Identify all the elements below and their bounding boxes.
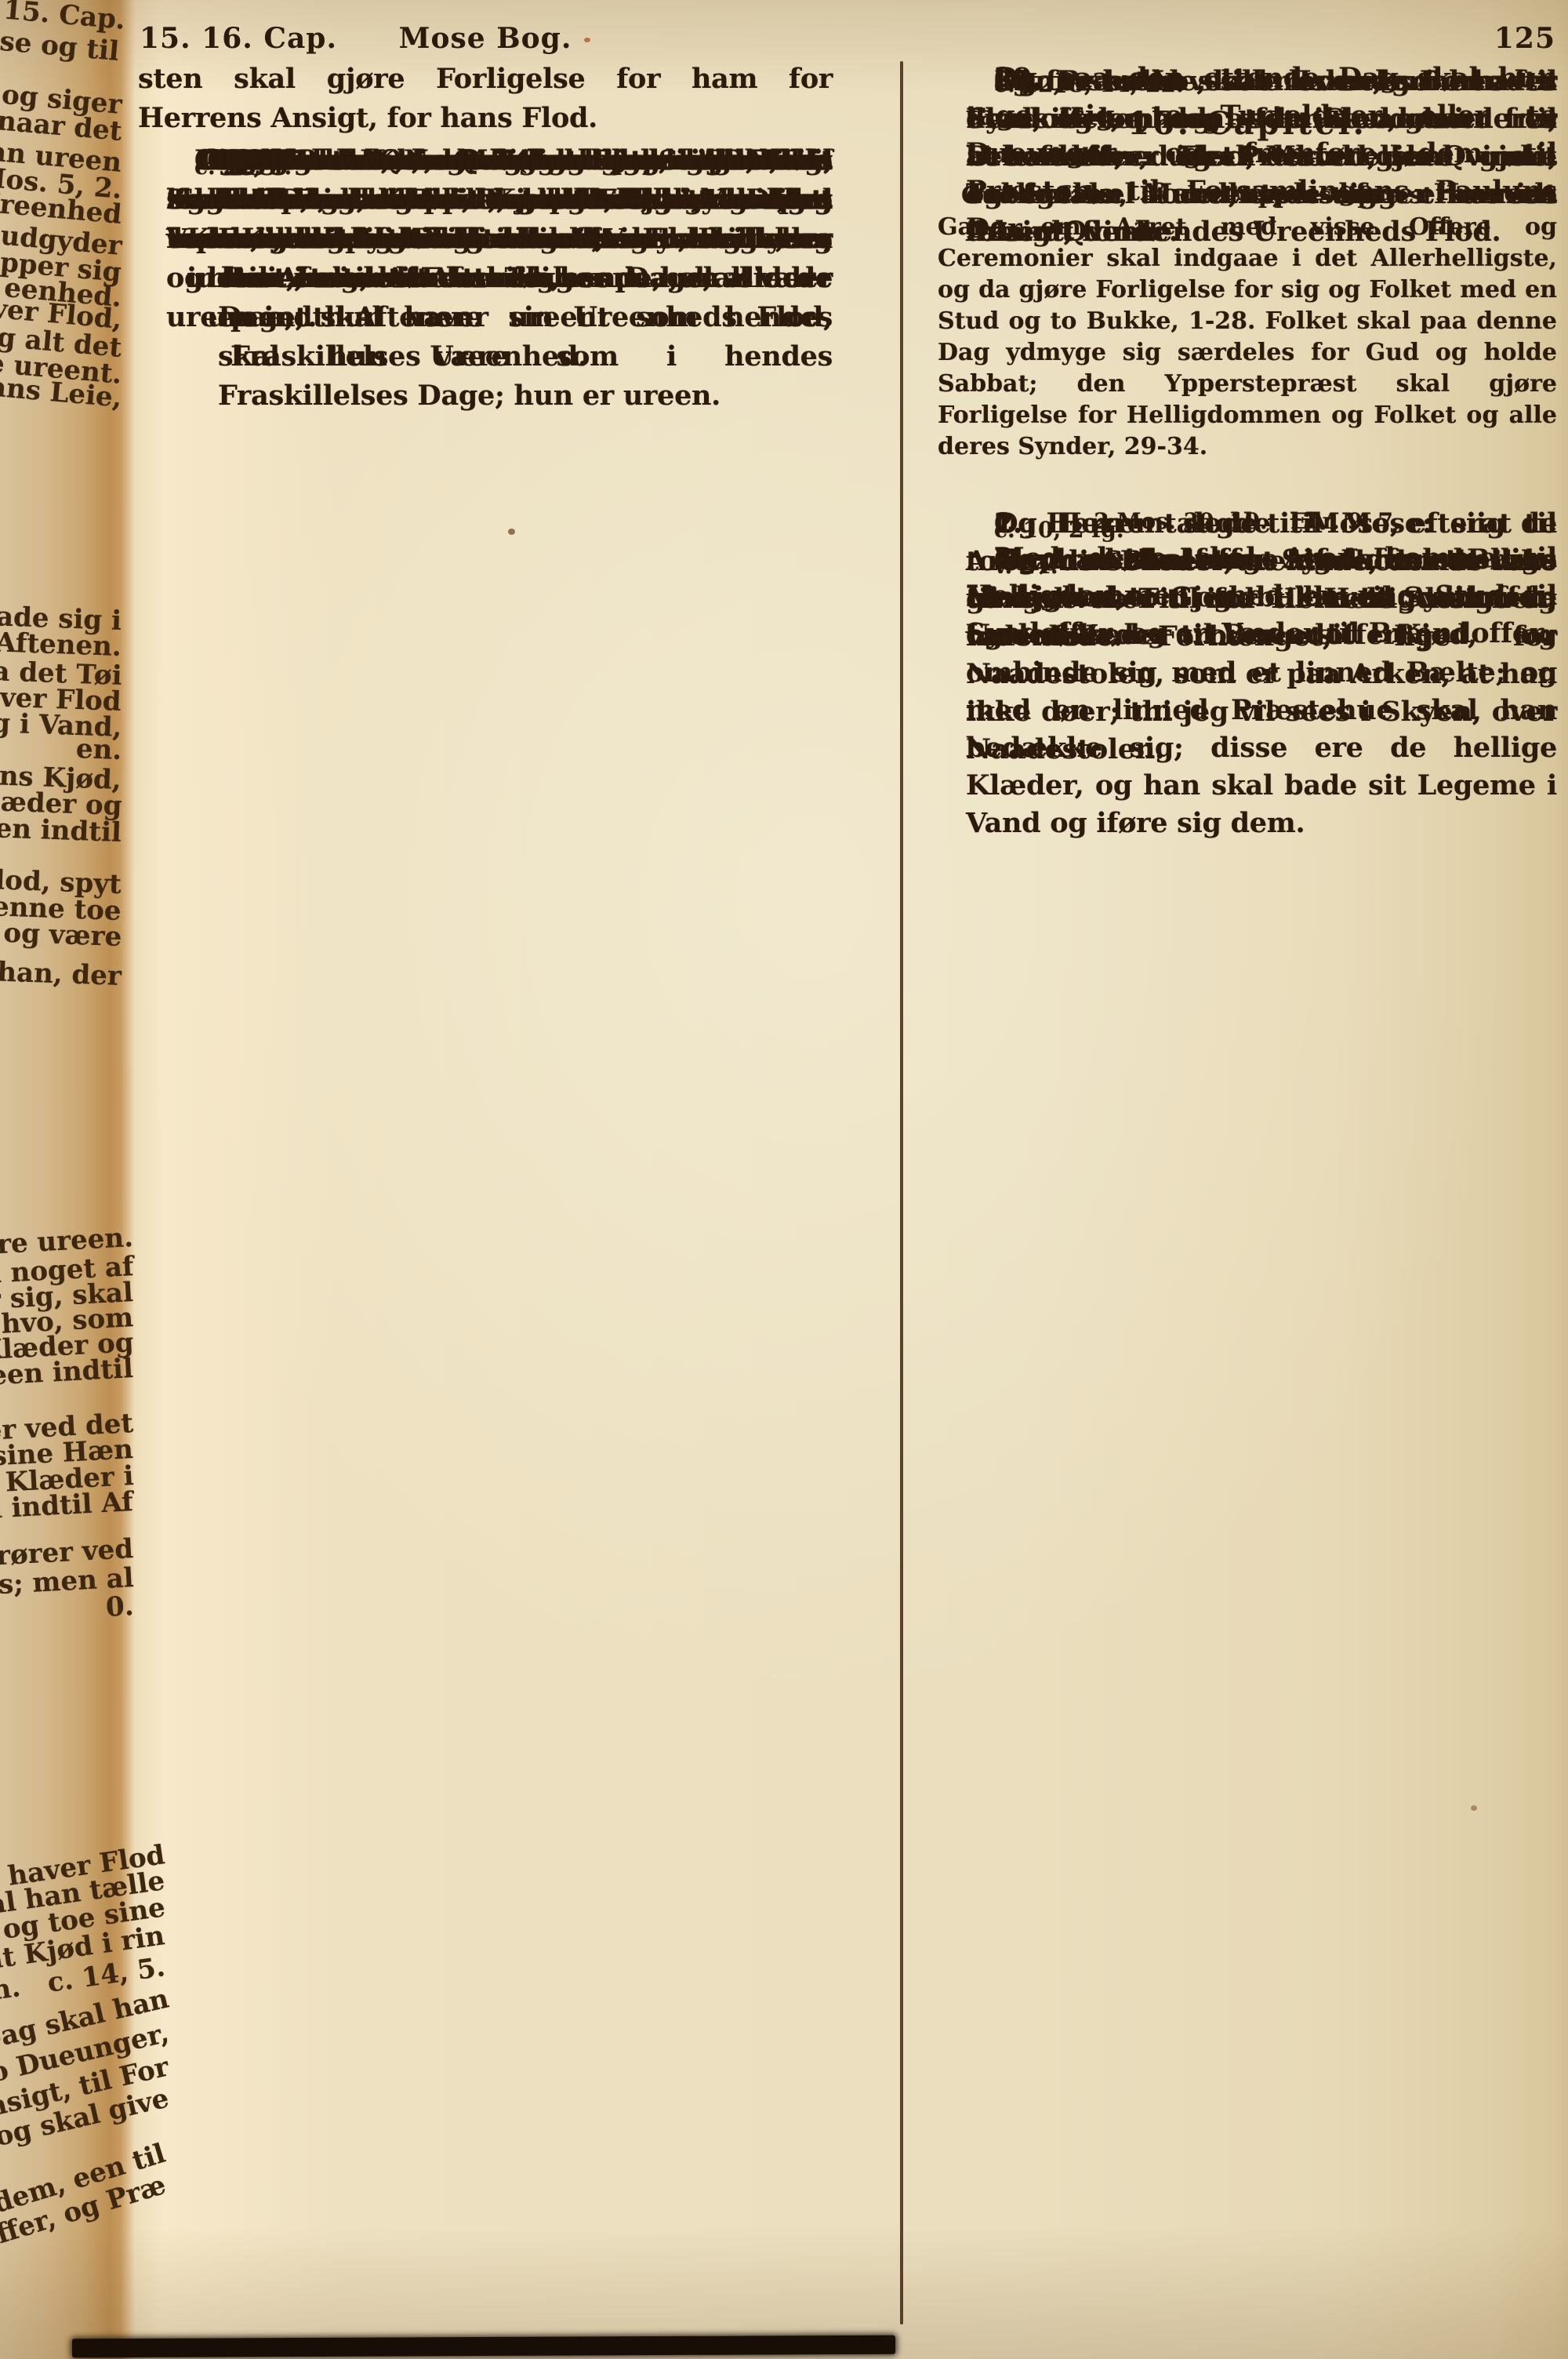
left-text-column: sten skal gjøre Forligelse for ham for H… — [138, 60, 833, 141]
book-page-scan: 15. 16. Cap. Mose Bog. 125 14. 15. Cap. … — [0, 0, 1568, 2359]
margin-fragment: en. — [75, 733, 122, 766]
verse-text: og for hende, som er svag i hendes Frask… — [966, 63, 1557, 251]
paper-fleck — [584, 38, 590, 42]
verse-text: Men dersom hun bliver reen af sit Flod, … — [251, 141, 833, 259]
paper-fleck — [1471, 1805, 1477, 1811]
paper-fleck — [508, 529, 515, 535]
margin-fragment: , som han, der — [0, 954, 122, 992]
margin-fragment: ureen indtil Af — [0, 1486, 134, 1528]
page-number: 125 — [1494, 22, 1555, 55]
book-bottom-edge-shadow — [72, 2335, 895, 2358]
margin-fragment: re ureen indtil — [0, 1353, 134, 1395]
right-text-column: 29. Og paa den ottende Dag skal hun tage… — [938, 60, 1557, 541]
running-header-title: Mose Bog. — [138, 22, 833, 55]
verse-continuation: sten skal gjøre Forligelse for ham for H… — [138, 60, 833, 138]
column-divider-rule — [900, 61, 903, 2324]
margin-fragment: 0. — [105, 1590, 135, 1623]
verse-text: Og Aron skal offre Syndofferets — [966, 541, 1473, 579]
